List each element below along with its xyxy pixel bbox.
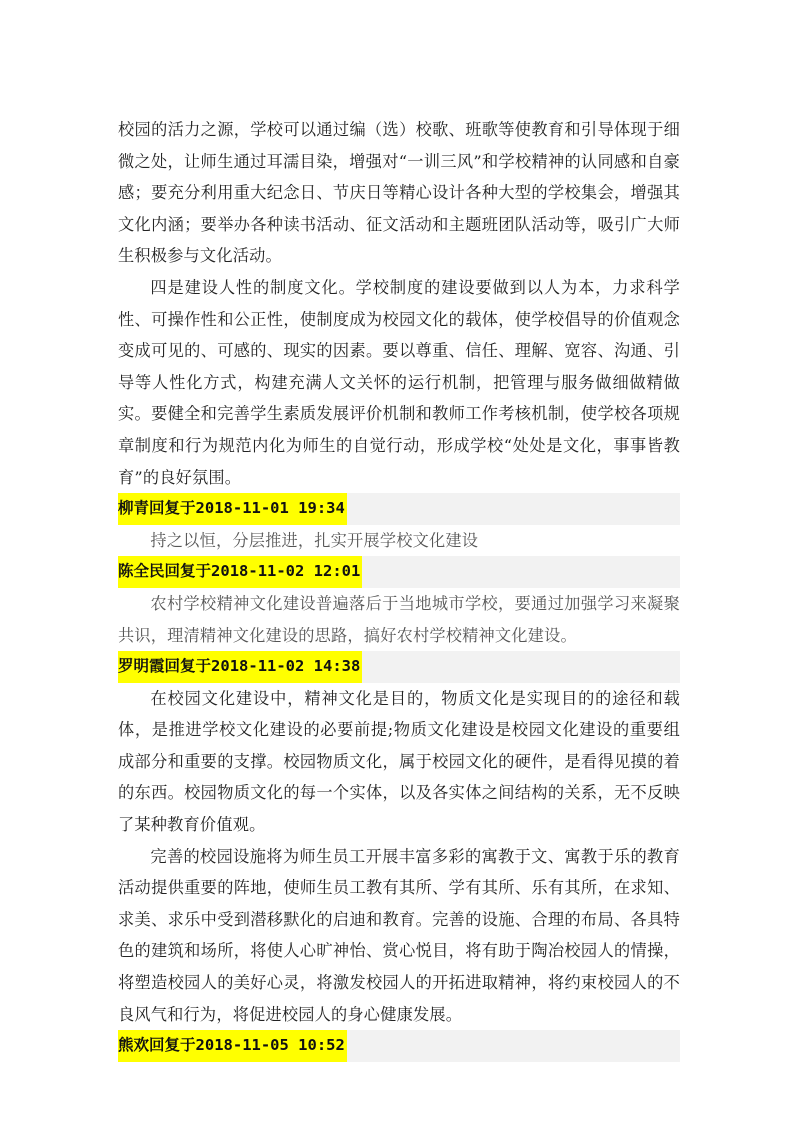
section4-paragraph: 四是建设人性的制度文化。学校制度的建设要做到以人为本，力求科学性、可操作性和公正… bbox=[118, 272, 680, 493]
reply-header: 柳青回复于2018-11-01 19:34 bbox=[118, 493, 680, 525]
reply-body: 农村学校精神文化建设普遍落后于当地城市学校，要通过加强学习来凝聚共识，理清精神文… bbox=[118, 588, 680, 651]
reply-body: 持之以恒，分层推进，扎实开展学校文化建设 bbox=[118, 525, 680, 557]
reply-header: 熊欢回复于2018-11-05 10:52 bbox=[118, 1030, 680, 1062]
reply-author-tag: 柳青回复于2018-11-01 19:34 bbox=[118, 493, 347, 525]
document-page: 校园的活力之源，学校可以通过编（选）校歌、班歌等使教育和引导体现于细微之处，让师… bbox=[118, 114, 680, 1062]
reply-author: 柳青 bbox=[118, 499, 149, 517]
reply-header: 罗明霞回复于2018-11-02 14:38 bbox=[118, 651, 680, 683]
intro-paragraph: 校园的活力之源，学校可以通过编（选）校歌、班歌等使教育和引导体现于细微之处，让师… bbox=[118, 114, 680, 272]
reply-author: 熊欢 bbox=[118, 1036, 149, 1054]
reply-body: 完善的校园设施将为师生员工开展丰富多彩的寓教于文、寓教于乐的教育活动提供重要的阵… bbox=[118, 841, 680, 1031]
reply-body: 在校园文化建设中，精神文化是目的，物质文化是实现目的的途径和载体，是推进学校文化… bbox=[118, 683, 680, 841]
reply-author: 陈全民 bbox=[118, 562, 165, 580]
reply-author: 罗明霞 bbox=[118, 657, 165, 675]
reply-label: 回复于 bbox=[165, 562, 212, 580]
reply-datetime: 2018-11-01 19:34 bbox=[196, 499, 345, 517]
reply-label: 回复于 bbox=[149, 499, 196, 517]
reply-author-tag: 陈全民回复于2018-11-02 12:01 bbox=[118, 556, 362, 588]
reply-author-tag: 罗明霞回复于2018-11-02 14:38 bbox=[118, 651, 362, 683]
reply-label: 回复于 bbox=[165, 657, 212, 675]
reply-datetime: 2018-11-02 14:38 bbox=[211, 657, 360, 675]
reply-datetime: 2018-11-05 10:52 bbox=[196, 1036, 345, 1054]
reply-header: 陈全民回复于2018-11-02 12:01 bbox=[118, 556, 680, 588]
reply-datetime: 2018-11-02 12:01 bbox=[211, 562, 360, 580]
reply-label: 回复于 bbox=[149, 1036, 196, 1054]
reply-author-tag: 熊欢回复于2018-11-05 10:52 bbox=[118, 1030, 347, 1062]
